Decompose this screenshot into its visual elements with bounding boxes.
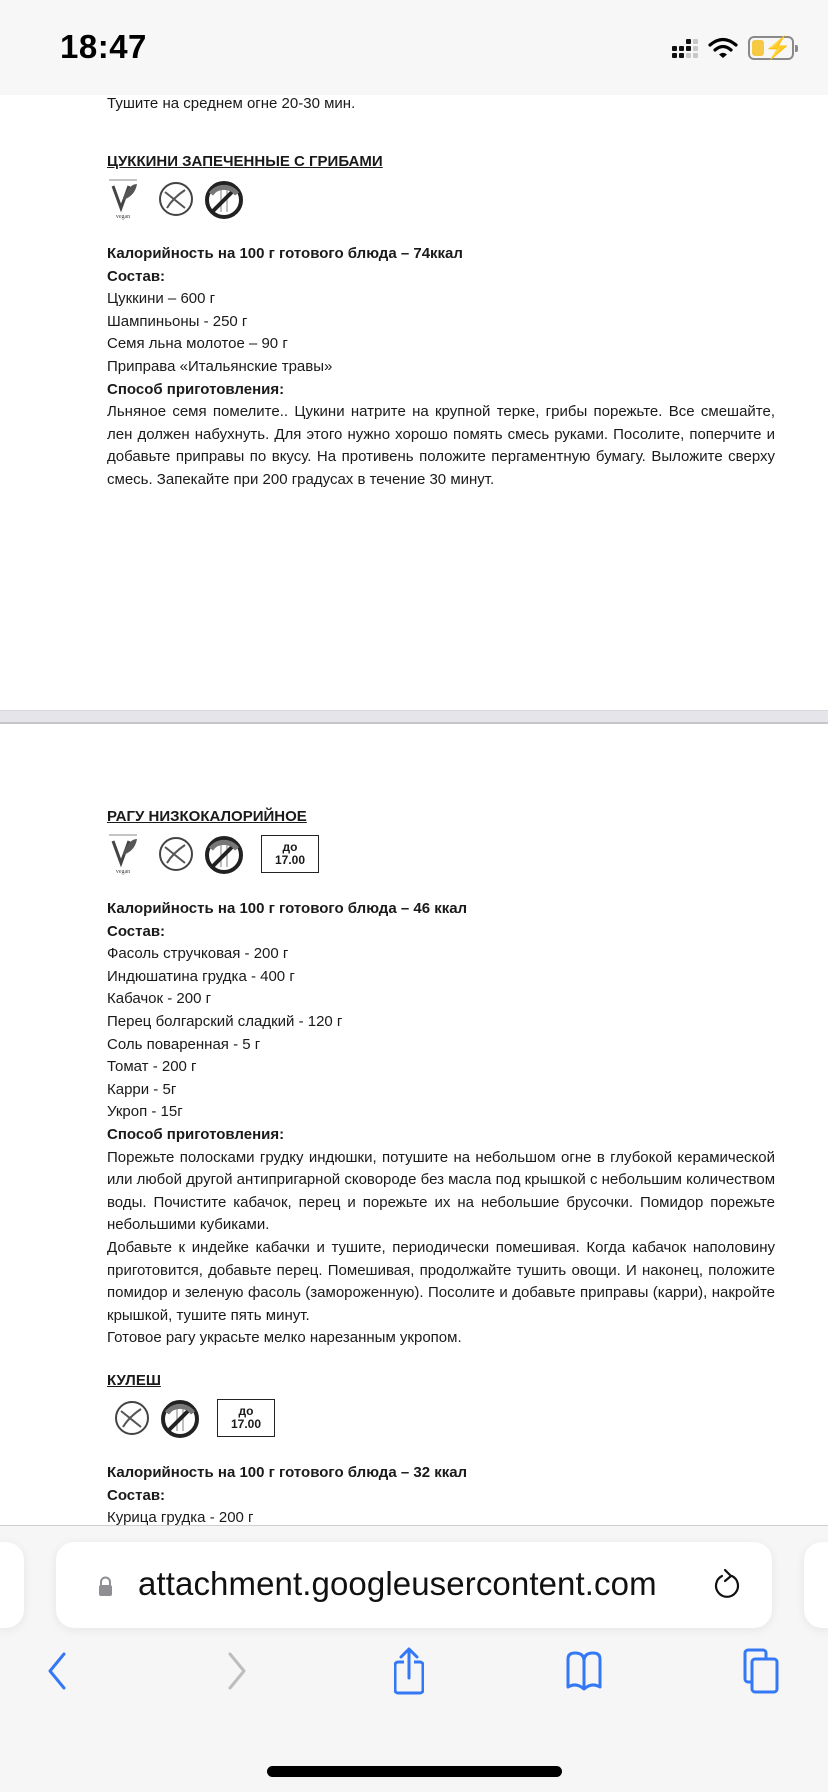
method-paragraph: Добавьте к индейке кабачки и тушите, пер… <box>107 1237 775 1327</box>
ingredient: Цуккини – 600 г <box>107 288 775 311</box>
url-text[interactable]: attachment.googleusercontent.com <box>138 1562 657 1606</box>
gluten-free-icon <box>155 178 197 220</box>
ingredient: Семя льна молотое – 90 г <box>107 333 775 356</box>
ingredient: Карри - 5г <box>107 1079 775 1102</box>
recipe-title: ЦУККИНИ ЗАПЕЧЕННЫЕ С ГРИБАМИ <box>107 151 775 173</box>
recipe-zucchini: ЦУККИНИ ЗАПЕЧЕННЫЕ С ГРИБАМИ vegan <box>107 151 775 492</box>
battery-charging-icon: ⚡ <box>748 36 794 60</box>
calories: Калорийность на 100 г готового блюда – 7… <box>107 243 775 266</box>
diet-badges: vegan <box>107 177 775 221</box>
bookmarks-icon <box>566 1651 602 1691</box>
wifi-icon <box>708 37 738 59</box>
recipe-title: КУЛЕШ <box>107 1370 775 1392</box>
lactose-free-icon <box>159 1397 201 1439</box>
bookmarks-button[interactable] <box>554 1641 614 1701</box>
gluten-free-icon <box>155 833 197 875</box>
ingredient: Приправа «Итальянские травы» <box>107 356 775 379</box>
vegan-icon: vegan <box>107 178 149 220</box>
method-paragraph: Порежьте полосками грудку индюшки, потуш… <box>107 1147 775 1237</box>
method-label: Способ приготовления: <box>107 379 775 402</box>
method-text: Льняное семя помелите.. Цукини натрите н… <box>107 401 775 491</box>
recipe-ragout: РАГУ НИЗКОКАЛОРИЙНОЕ vegan <box>107 806 775 1350</box>
ingredients-label: Состав: <box>107 266 775 289</box>
time-badge-line2: 17.00 <box>275 854 305 867</box>
method-paragraph: Готовое рагу украсьте мелко нарезанным у… <box>107 1327 775 1350</box>
tabs-button[interactable] <box>731 1641 791 1701</box>
browser-toolbar <box>0 1641 828 1701</box>
ingredients-label: Состав: <box>107 921 775 944</box>
time-badge: до 17.00 <box>261 835 319 873</box>
calories: Калорийность на 100 г готового блюда – 4… <box>107 898 775 921</box>
document-viewer[interactable]: перцы почти целиком. Также добавьте лук … <box>0 0 828 1525</box>
cellular-signal-icon <box>672 39 698 58</box>
recipe-title: РАГУ НИЗКОКАЛОРИЙНОЕ <box>107 806 775 828</box>
previous-tab-peek[interactable] <box>0 1542 24 1628</box>
status-bar: 18:47 ⚡ <box>0 0 828 95</box>
lactose-free-icon <box>203 833 245 875</box>
svg-text:vegan: vegan <box>116 214 130 220</box>
forward-icon <box>227 1652 247 1690</box>
ingredient: Укроп - 15г <box>107 1101 775 1124</box>
share-button[interactable] <box>379 1641 439 1701</box>
svg-text:vegan: vegan <box>116 869 130 875</box>
time-badge: до 17.00 <box>217 1399 275 1437</box>
ingredient: Томат - 200 г <box>107 1056 775 1079</box>
back-icon <box>47 1652 67 1690</box>
ingredient: Индюшатина грудка - 400 г <box>107 966 775 989</box>
document-page: перцы почти целиком. Также добавьте лук … <box>0 0 828 710</box>
recipe-kulesh: КУЛЕШ до 17.00 Калорийность на 100 г гот <box>107 1370 775 1525</box>
address-bar[interactable]: attachment.googleusercontent.com <box>56 1542 772 1628</box>
document-page: РАГУ НИЗКОКАЛОРИЙНОЕ vegan <box>0 724 828 1525</box>
diet-badges: vegan до 17.00 <box>107 832 775 876</box>
ingredients-label: Состав: <box>107 1485 775 1508</box>
home-indicator[interactable] <box>267 1766 562 1777</box>
browser-bottom-bar: attachment.googleusercontent.com <box>0 1525 828 1792</box>
share-icon <box>394 1646 424 1696</box>
status-time: 18:47 <box>60 28 147 66</box>
gluten-free-icon <box>111 1397 153 1439</box>
ingredient: Курица грудка - 200 г <box>107 1507 775 1525</box>
back-button[interactable] <box>27 1641 87 1701</box>
tabs-icon <box>743 1648 779 1694</box>
calories: Калорийность на 100 г готового блюда – 3… <box>107 1462 775 1485</box>
text-line: Тушите на среднем огне 20-30 мин. <box>107 93 775 116</box>
method-label: Способ приготовления: <box>107 1124 775 1147</box>
lactose-free-icon <box>203 178 245 220</box>
ingredient: Фасоль стручковая - 200 г <box>107 943 775 966</box>
ingredient: Шампиньоны - 250 г <box>107 311 775 334</box>
diet-badges: до 17.00 <box>107 1396 775 1440</box>
reload-icon[interactable] <box>710 1566 744 1604</box>
lock-icon <box>98 1576 113 1596</box>
next-tab-peek[interactable] <box>804 1542 828 1628</box>
vegan-icon: vegan <box>107 833 149 875</box>
status-icons: ⚡ <box>672 36 794 60</box>
ingredient: Соль поваренная - 5 г <box>107 1034 775 1057</box>
ingredient: Кабачок - 200 г <box>107 988 775 1011</box>
ingredient: Перец болгарский сладкий - 120 г <box>107 1011 775 1034</box>
forward-button[interactable] <box>207 1641 267 1701</box>
page-separator <box>0 710 828 724</box>
time-badge-line2: 17.00 <box>231 1418 261 1431</box>
